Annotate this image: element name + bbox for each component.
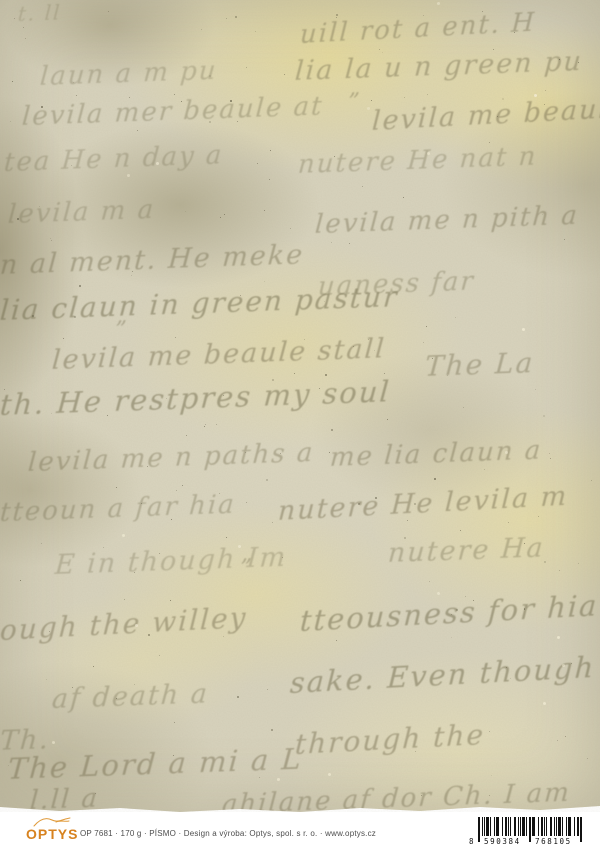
paper-fleck <box>127 174 130 177</box>
speckle <box>220 217 221 218</box>
paper-fleck <box>52 741 55 744</box>
script-line: tea He n day a <box>3 140 225 178</box>
speckle <box>267 689 268 690</box>
speckle <box>336 640 337 641</box>
speckle <box>578 563 579 564</box>
speckle <box>124 599 125 600</box>
speckle <box>246 502 247 503</box>
speckle <box>349 243 350 244</box>
script-line: lia claun in green pastur <box>0 280 400 327</box>
ditto-mark: ” <box>239 555 254 581</box>
speckle <box>170 600 171 601</box>
barcode-digit-group: 590384 <box>483 837 522 846</box>
script-line: levila me beaule <box>371 93 600 137</box>
speckle <box>182 485 183 486</box>
speckle <box>108 11 109 12</box>
speckle <box>269 179 270 180</box>
paper-fleck <box>122 534 125 537</box>
ditto-mark: ” <box>347 89 362 115</box>
paper-fleck <box>367 107 370 110</box>
speckle <box>246 67 247 68</box>
speckle <box>535 389 536 390</box>
speckle <box>331 242 332 243</box>
speckle <box>371 100 372 101</box>
paper-fleck <box>522 328 525 331</box>
speckle <box>564 239 565 240</box>
speckle <box>544 561 546 563</box>
speckle <box>545 90 546 91</box>
speckle <box>216 424 217 425</box>
speckle <box>224 214 225 215</box>
script-line: me lia claun a <box>329 436 543 474</box>
script-line: levila me n paths a <box>27 438 315 478</box>
script-line: sake. Even though I <box>289 649 600 700</box>
speckle <box>549 453 550 454</box>
script-line: tteousness for hia <box>299 588 599 638</box>
speckle <box>10 121 11 122</box>
speckle <box>237 696 239 698</box>
script-line: The La <box>424 346 536 383</box>
script-line: th. He restpres my soul <box>0 374 392 422</box>
barcode-digit-lead: 8 <box>468 837 476 846</box>
speckle <box>186 435 187 436</box>
speckle <box>508 522 509 523</box>
barcode-guard-bar <box>529 817 531 842</box>
script-line: af death a <box>51 678 210 715</box>
speckle <box>63 338 64 339</box>
speckle <box>223 636 224 637</box>
speckle <box>159 655 160 656</box>
script-line: levila me beaule stall <box>51 333 387 376</box>
script-line: levila mer beaule at <box>21 91 325 132</box>
script-line: ough the willey <box>0 601 248 647</box>
brand-name: OPTYS <box>26 826 78 842</box>
speckle <box>284 74 285 75</box>
speckle <box>255 31 256 32</box>
speckle <box>25 38 26 39</box>
speckle <box>174 722 175 723</box>
speckle <box>404 97 405 98</box>
speckle <box>264 281 265 282</box>
script-line: nutere Ha <box>387 532 546 569</box>
speckle <box>201 29 202 30</box>
speckle <box>20 580 21 581</box>
speckle <box>557 740 558 741</box>
barcode-guard-bar <box>580 817 582 842</box>
speckle <box>266 479 268 481</box>
speckle <box>79 285 81 287</box>
speckle <box>463 407 464 408</box>
speckle <box>550 458 551 459</box>
speckle <box>294 373 295 374</box>
paper-fleck <box>437 2 440 5</box>
speckle <box>185 211 186 212</box>
product-info-strip: OPTYS OP 7681 · 170 g · PÍSMO · Design a… <box>0 812 600 850</box>
script-line: n al ment. He meke <box>0 239 305 281</box>
speckle <box>51 240 52 241</box>
speckle <box>226 537 227 538</box>
script-line: nutere He nat n <box>297 142 538 180</box>
paper-fleck <box>437 592 440 595</box>
speckle <box>116 487 117 488</box>
speckle <box>235 16 237 18</box>
product-info-text: OP 7681 · 170 g · PÍSMO · Design a výrob… <box>80 829 376 838</box>
speckle <box>538 516 539 517</box>
script-line: lia la u n green pu <box>294 46 584 87</box>
paper-fleck <box>557 636 560 639</box>
speckle <box>257 163 258 164</box>
speckle <box>429 581 430 582</box>
speckle <box>379 49 380 50</box>
speckle <box>489 731 490 732</box>
script-line: t. ll <box>17 0 62 26</box>
ditto-mark: ” <box>114 317 129 343</box>
paper-fleck <box>328 773 331 776</box>
optys-logo: OPTYS <box>26 818 78 846</box>
speckle <box>484 469 485 470</box>
speckle <box>290 228 291 229</box>
speckle <box>434 478 436 480</box>
speckle <box>46 679 47 680</box>
speckle <box>174 94 175 95</box>
speckle <box>331 429 333 431</box>
speckle <box>205 424 206 425</box>
speckle <box>591 480 592 481</box>
speckle <box>423 342 424 343</box>
speckle <box>426 326 427 327</box>
speckle <box>451 637 452 638</box>
speckle <box>403 197 404 198</box>
speckle <box>427 94 428 95</box>
script-line: levila me n pith a <box>314 201 580 240</box>
speckle <box>362 186 363 187</box>
barcode-digit-group: 768105 <box>534 837 573 846</box>
paper-fleck <box>277 778 280 781</box>
script-line: laun a m pu <box>39 56 219 92</box>
speckle <box>336 14 338 16</box>
speckle <box>565 736 566 737</box>
speckle <box>272 522 273 523</box>
script-line: nutere He levila m <box>277 481 569 527</box>
speckle <box>271 729 273 731</box>
speckle <box>559 570 560 571</box>
speckle <box>460 530 461 531</box>
speckle <box>12 81 13 82</box>
speckle <box>264 210 265 211</box>
speckle <box>270 150 271 151</box>
speckle <box>543 415 545 417</box>
script-line: tteoun a far hia <box>0 490 237 528</box>
speckle <box>387 419 388 420</box>
speckle <box>76 95 77 96</box>
speckle <box>455 317 456 318</box>
script-line: levila m a <box>7 195 156 230</box>
script-line: The Lord a mi a L <box>7 742 304 786</box>
speckle <box>93 666 94 667</box>
speckle <box>137 130 138 131</box>
parchment-paper: t. ll uill rot a ent. H laun a m pu lia … <box>0 0 600 812</box>
speckle <box>491 775 492 776</box>
speckle <box>204 426 205 427</box>
paper-fleck <box>543 702 546 705</box>
speckle <box>587 758 588 759</box>
script-line: through the <box>294 718 486 761</box>
product-scan: t. ll uill rot a ent. H laun a m pu lia … <box>0 0 600 850</box>
speckle <box>41 543 42 544</box>
barcode-guard-bar <box>478 817 480 842</box>
ean-barcode: 8 590384 768105 <box>466 814 594 847</box>
speckle <box>226 18 227 19</box>
speckle <box>14 18 15 19</box>
script-line: uill rot a ent. H <box>299 8 537 50</box>
speckle <box>23 27 24 28</box>
speckle <box>175 337 176 338</box>
speckle <box>50 238 51 239</box>
